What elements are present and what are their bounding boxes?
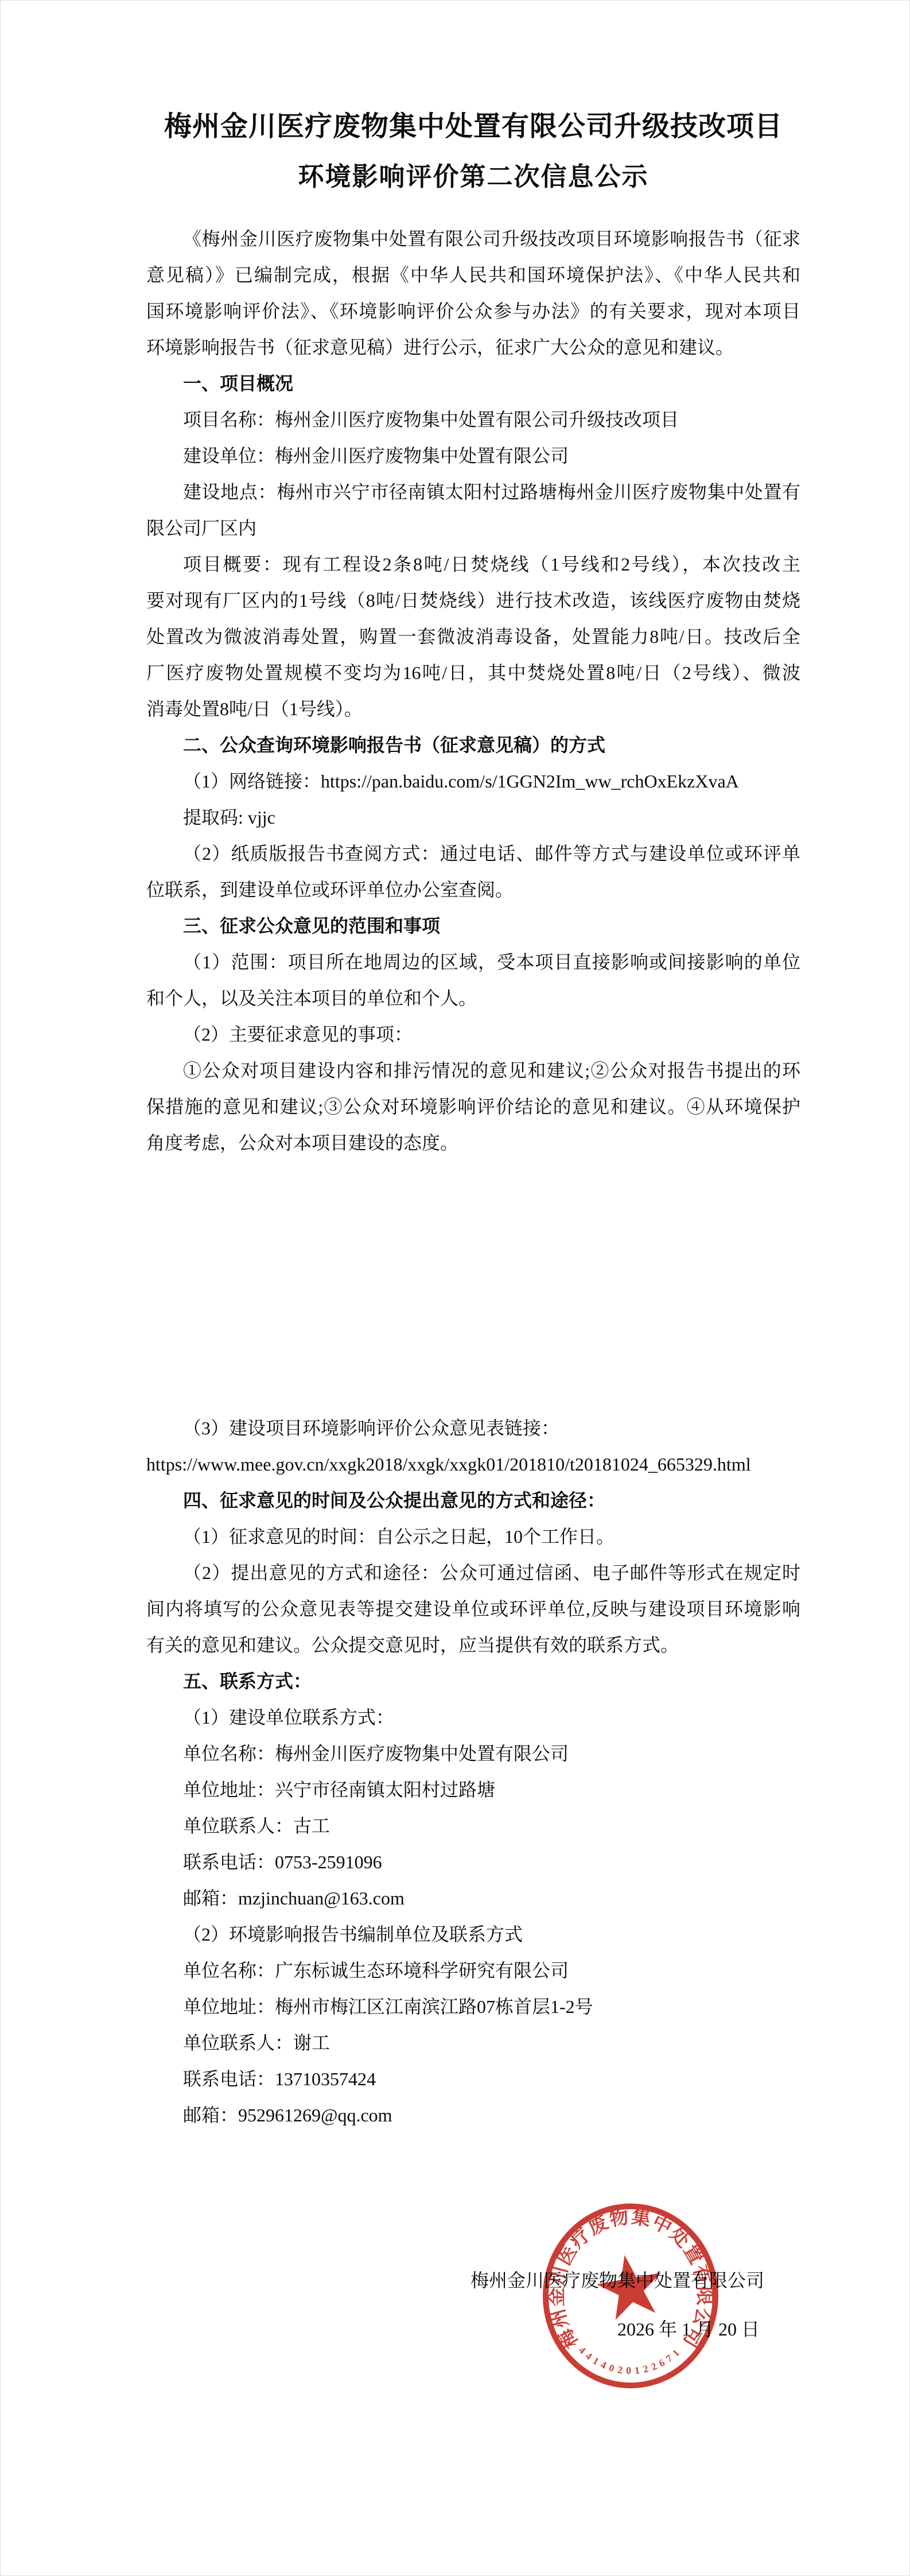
doc-line: 一、项目概况 [146, 366, 800, 402]
doc-line: 要对现有厂区内的1号线（8吨/日焚烧线）进行技术改造，该线医疗废物由焚烧 [146, 583, 800, 619]
doc-line: 保措施的意见和建议;③公众对环境影响评价结论的意见和建议。④从环境保护 [146, 1089, 800, 1125]
seal-star-icon [592, 2249, 667, 2322]
doc-title-line-2: 环境影响评价第二次信息公示 [146, 164, 800, 190]
doc-line: （2）纸质版报告书查阅方式：通过电话、邮件等方式与建设单位或环评单 [146, 836, 800, 872]
doc-line: 五、联系方式： [146, 1663, 800, 1700]
gap-spacer [146, 1161, 800, 1410]
doc-line: 单位联系人：古工 [146, 1808, 800, 1844]
doc-line: 邮箱：mzjinchuan@163.com [146, 1880, 800, 1917]
doc-line: 三、征求公众意见的范围和事项 [146, 908, 800, 944]
doc-line: 单位地址：梅州市梅江区江南滨江路07栋首层1-2号 [146, 1989, 800, 2025]
doc-line: 厂医疗废物处置规模不变均为16吨/日，其中焚烧处置8吨/日（2号线）、微波 [146, 655, 800, 691]
doc-line: 单位地址：兴宁市径南镇太阳村过路塘 [146, 1772, 800, 1808]
doc-line: 消毒处置8吨/日（1号线）。 [146, 691, 800, 727]
doc-line: 有关的意见和建议。公众提交意见时，应当提供有效的联系方式。 [146, 1627, 800, 1663]
doc-line: （2）环境影响报告书编制单位及联系方式 [146, 1917, 800, 1953]
doc-line: 限公司厂区内 [146, 510, 800, 546]
doc-line: 角度考虑，公众对本项目建设的态度。 [146, 1125, 800, 1161]
doc-line: 邮箱：952961269@qq.com [146, 2097, 800, 2133]
doc-line: 单位名称：梅州金川医疗废物集中处置有限公司 [146, 1736, 800, 1772]
doc-line: 意见稿）》已编制完成，根据《中华人民共和国环境保护法》、《中华人民共和 [146, 257, 800, 293]
doc-line: 位联系，到建设单位或环评单位办公室查阅。 [146, 872, 800, 908]
seal-serial: 4414020122671 [577, 2344, 685, 2376]
doc-line: 国环境影响评价法》、《环境影响评价公众参与办法》的有关要求，现对本项目 [146, 293, 800, 329]
doc-line: 建设地点：梅州市兴宁市径南镇太阳村过路塘梅州金川医疗废物集中处置有 [146, 474, 800, 510]
doc-line: 单位联系人：谢工 [146, 2025, 800, 2061]
doc-line: （1）网络链接：https://pan.baidu.com/s/1GGN2Im_… [146, 763, 800, 800]
doc-line: 和个人，以及关注本项目的单位和个人。 [146, 980, 800, 1017]
doc-line: （1）征求意见的时间：自公示之日起，10个工作日。 [146, 1519, 800, 1555]
doc-line: 单位名称：广东标诚生态环境科学研究有限公司 [146, 1953, 800, 1989]
doc-line: 处置改为微波消毒处置，购置一套微波消毒设备，处置能力8吨/日。技改后全 [146, 619, 800, 655]
doc-line: 间内将填写的公众意见表等提交建设单位或环评单位,反映与建设项目环境影响 [146, 1591, 800, 1627]
doc-line: 提取码: vjjc [146, 800, 800, 836]
document-page: 梅州金川医疗废物集中处置有限公司升级技改项目 环境影响评价第二次信息公示 《梅州… [0, 0, 910, 2576]
doc-line: 联系电话：13710357424 [146, 2061, 800, 2097]
doc-line: （1）范围：项目所在地周边的区域，受本项目直接影响或间接影响的单位 [146, 944, 800, 980]
doc-line: 二、公众查询环境影响报告书（征求意见稿）的方式 [146, 727, 800, 763]
doc-title-line-1: 梅州金川医疗废物集中处置有限公司升级技改项目 [146, 112, 800, 142]
doc-line: 联系电话：0753-2591096 [146, 1844, 800, 1880]
doc-line: ①公众对项目建设内容和排污情况的意见和建议;②公众对报告书提出的环 [146, 1053, 800, 1089]
doc-line: https://www.mee.gov.cn/xxgk2018/xxgk/xxg… [146, 1446, 800, 1483]
doc-content: 梅州金川医疗废物集中处置有限公司升级技改项目 环境影响评价第二次信息公示 《梅州… [146, 0, 800, 2347]
doc-line: （2）提出意见的方式和途径：公众可通过信函、电子邮件等形式在规定时 [146, 1555, 800, 1591]
doc-line: 四、征求意见的时间及公众提出意见的方式和途径： [146, 1483, 800, 1519]
doc-body: 《梅州金川医疗废物集中处置有限公司升级技改项目环境影响报告书（征求意见稿）》已编… [146, 221, 800, 2133]
doc-line: （2）主要征求意见的事项： [146, 1017, 800, 1053]
doc-line: 《梅州金川医疗废物集中处置有限公司升级技改项目环境影响报告书（征求 [146, 221, 800, 257]
doc-line: 建设单位：梅州金川医疗废物集中处置有限公司 [146, 438, 800, 474]
doc-line: 项目名称：梅州金川医疗废物集中处置有限公司升级技改项目 [146, 402, 800, 438]
doc-line: （1）建设单位联系方式： [146, 1700, 800, 1736]
company-seal-stamp: 梅州金川医疗废物集中处置有限公司 4414020122671 [542, 2203, 720, 2389]
doc-line: （3）建设项目环境影响评价公众意见表链接： [146, 1410, 800, 1446]
doc-line: 环境影响报告书（征求意见稿）进行公示，征求广大公众的意见和建议。 [146, 329, 800, 366]
doc-line: 项目概要：现有工程设2条8吨/日焚烧线（1号线和2号线），本次技改主 [146, 546, 800, 583]
